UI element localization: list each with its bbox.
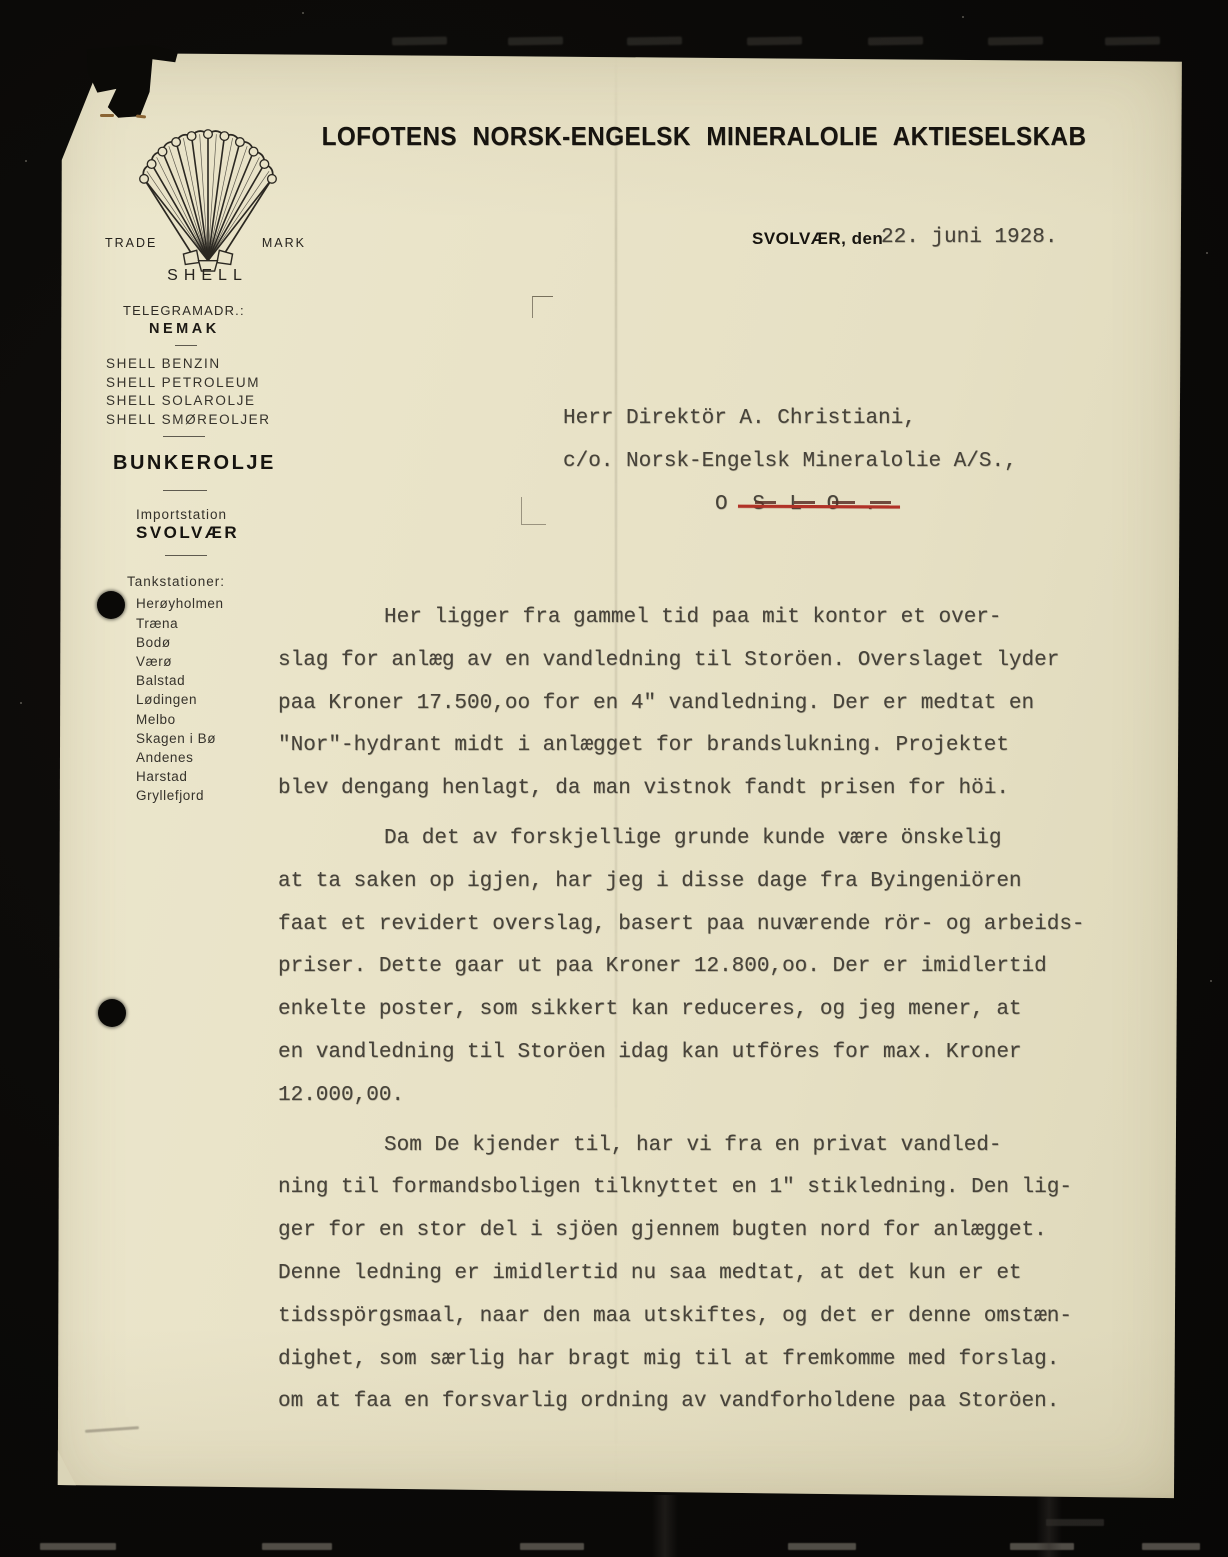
product-item: SHELL PETROLEUM — [106, 374, 313, 393]
divider — [163, 490, 207, 491]
product-list: SHELL BENZIN SHELL PETROLEUM SHELL SOLAR… — [106, 355, 313, 429]
divider — [165, 555, 207, 556]
paragraph: Her ligger fra gammel tid paa mit kontor… — [278, 606, 1128, 820]
tank-stations-label: Tankstationer: — [127, 574, 313, 589]
scan-artifact-dash — [1105, 37, 1160, 46]
pencil-dash-mark — [85, 1426, 139, 1433]
dateline-place-label: SVOLVÆR, den — [752, 229, 883, 249]
scan-artifact-dash — [988, 37, 1043, 46]
typed-line: priser. Dette gaar ut paa Kroner 12.800,… — [278, 955, 1128, 998]
film-edge-artifact — [520, 1543, 584, 1550]
typed-line: dighet, som særlig har bragt mig til at … — [278, 1348, 1128, 1391]
typed-line: "Nor"-hydrant midt i anlægget for brands… — [278, 734, 1128, 777]
punch-hole — [97, 591, 125, 619]
dust-speck — [302, 12, 304, 14]
bunker-oil-label: BUNKEROLJE — [113, 452, 313, 475]
paragraph: Da det av forskjellige grunde kunde være… — [278, 827, 1128, 1127]
scan-artifact-dash — [747, 37, 802, 46]
scan-artifact-dash — [508, 37, 563, 46]
city-typed-underline — [755, 501, 776, 504]
punch-hole — [98, 999, 126, 1027]
dust-speck — [25, 160, 27, 162]
film-edge-artifact — [262, 1543, 332, 1550]
typed-line: tidsspörgsmaal, naar den maa utskiftes, … — [278, 1305, 1128, 1348]
letter-body: Her ligger fra gammel tid paa mit kontor… — [278, 606, 1128, 1440]
typed-line: at ta saken op igjen, har jeg i disse da… — [278, 870, 1128, 913]
divider — [163, 436, 205, 437]
paragraph: Som De kjender til, har vi fra en privat… — [278, 1134, 1128, 1434]
typed-line: enkelte poster, som sikkert kan reducere… — [278, 998, 1128, 1041]
typed-line: paa Kroner 17.500,oo for en 4" vandledni… — [278, 692, 1128, 735]
typed-line: Denne ledning er imidlertid nu saa medta… — [278, 1262, 1128, 1305]
film-edge-artifact — [1142, 1543, 1200, 1550]
film-edge-artifact — [788, 1543, 856, 1550]
dateline-typed-date: 22. juni 1928. — [881, 226, 1057, 249]
city-typed-underline — [870, 501, 891, 504]
corner-fold — [56, 1447, 80, 1493]
dust-speck — [962, 16, 964, 18]
film-band-artifact — [652, 1495, 678, 1557]
scan-background: LOFOTENS NORSK-ENGELSK MINERALOLIE AKTIE… — [0, 0, 1228, 1557]
product-item: SHELL BENZIN — [106, 355, 313, 374]
telegram-address-label: TELEGRAMADR.: — [123, 303, 313, 318]
import-station-value: SVOLVÆR — [136, 523, 313, 543]
scan-artifact-dash — [868, 37, 923, 46]
company-name: LOFOTENS NORSK-ENGELSK MINERALOLIE AKTIE… — [322, 121, 1029, 152]
shell-brand-label: SHELL — [105, 267, 310, 285]
shell-logo: TRADE MARK SHELL — [105, 128, 310, 288]
import-station-label: Importstation — [136, 507, 313, 522]
trade-label: TRADE — [105, 236, 157, 250]
telegram-address-value: NEMAK — [149, 321, 313, 337]
typed-line: 12.000,00. — [278, 1084, 1128, 1127]
city-typed-underline — [832, 501, 855, 504]
scan-artifact-dash — [392, 37, 447, 46]
pencil-corner-mark — [532, 296, 553, 318]
mark-label: MARK — [262, 236, 306, 250]
typed-line: slag for anlæg av en vandledning til Sto… — [278, 649, 1128, 692]
typed-line: om at faa en forsvarlig ordning av vandf… — [278, 1390, 1128, 1433]
recipient-line-2: c/o. Norsk-Engelsk Mineralolie A/S., — [563, 440, 1017, 483]
typed-line: Som De kjender til, har vi fra en privat… — [278, 1134, 1128, 1177]
typed-line: ger for en stor del i sjöen gjennem bugt… — [278, 1219, 1128, 1262]
typed-line: Da det av forskjellige grunde kunde være… — [278, 827, 1128, 870]
tear-residue-speck — [100, 114, 114, 117]
film-edge-artifact — [40, 1543, 116, 1550]
dust-speck — [1206, 252, 1208, 254]
dust-speck — [1210, 980, 1212, 982]
typed-line: blev dengang henlagt, da man vistnok fan… — [278, 777, 1128, 820]
product-item: SHELL SOLAROLJE — [106, 392, 313, 411]
pencil-corner-mark — [521, 497, 546, 525]
dust-speck — [20, 702, 22, 704]
typed-line: Her ligger fra gammel tid paa mit kontor… — [278, 606, 1128, 649]
product-item: SHELL SMØREOLJER — [106, 411, 313, 430]
recipient-line-1: Herr Direktör A. Christiani, — [563, 397, 1017, 440]
typed-line: en vandledning til Storöen idag kan utfö… — [278, 1041, 1128, 1084]
shell-scallop-icon — [123, 128, 293, 280]
scan-artifact-dash — [627, 37, 682, 46]
letter-paper: LOFOTENS NORSK-ENGELSK MINERALOLIE AKTIE… — [55, 45, 1183, 1501]
typed-line: ning til formandsboligen tilknyttet en 1… — [278, 1176, 1128, 1219]
film-band-artifact — [1036, 1495, 1062, 1557]
divider — [175, 345, 197, 346]
city-typed-underline — [794, 501, 815, 504]
typed-line: faat et revidert overslag, basert paa nu… — [278, 913, 1128, 956]
